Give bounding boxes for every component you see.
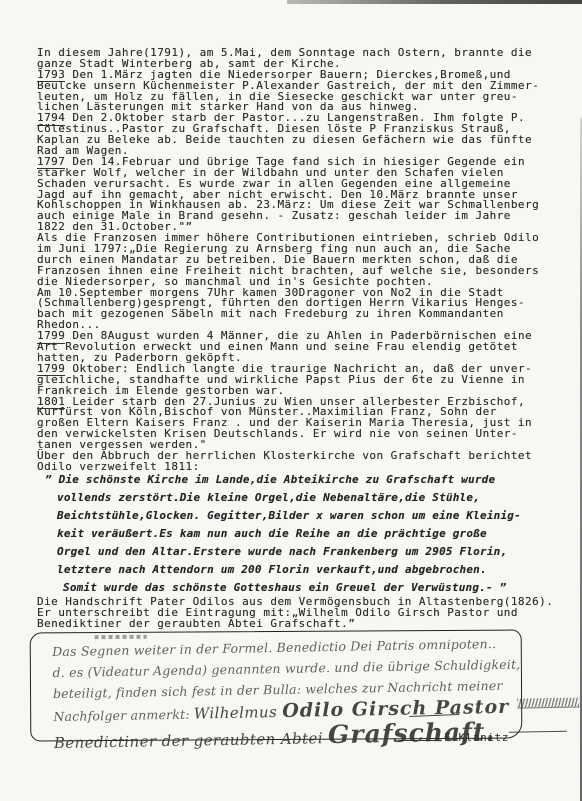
handwriting-text: Wilhelmus <box>194 703 283 723</box>
chronicle-line: bach mit gezogenen Säbeln mit nach Frede… <box>37 309 539 320</box>
quote-line: keit veräußert.Es kam nun auch die Reihe… <box>45 525 521 543</box>
handwriting-caption-block: Die Handschrift Pater Odilos aus dem Ver… <box>37 597 553 630</box>
handwriting-text: Das Segnen weiter in der Formel. Benedic… <box>52 636 496 659</box>
signature-dash <box>509 731 567 733</box>
handwritten-entry: Das Segnen weiter in der Formel. Benedic… <box>52 635 509 757</box>
handwriting-text: d. es (Videatur Agenda) genannten wurde.… <box>52 657 520 681</box>
handwritten-entry-box: Das Segnen weiter in der Formel. Benedic… <box>30 629 523 741</box>
handwriting-text: Nachfolger anmerkt: <box>53 707 194 725</box>
quote-line: Orgel und den Altar.Erstere wurde nach F… <box>45 543 521 561</box>
chronicle-text-block: In diesem Jahre(1791), am 5.Mai, dem Son… <box>37 48 539 473</box>
odilo-quote-block: ” Die schönste Kirche im Lande,die Abtei… <box>45 471 521 597</box>
quote-line: ” Die schönste Kirche im Lande,die Abtei… <box>45 471 521 489</box>
credit-f-klanitz: F.Klanitz <box>444 731 509 744</box>
quote-line: vollends zerstört.Die kleine Orgel,die N… <box>45 489 521 507</box>
scanned-document-page: In diesem Jahre(1791), am 5.Mai, dem Son… <box>0 0 582 801</box>
quote-line: Beichtstühle,Glocken. Gegitter,Bilder x … <box>45 507 521 525</box>
handwriting-text: Benedictiner der geraubten Abtei <box>54 729 329 752</box>
scan-smudge-top-edge <box>287 0 582 4</box>
caption-line: Benediktiner der geraubten Abtei Grafsch… <box>37 619 553 630</box>
smudge-marks <box>95 635 147 639</box>
scribble-strikethrough <box>517 698 579 709</box>
handwriting-line: d. es (Videatur Agenda) genannten wurde.… <box>52 656 507 680</box>
quote-line: letztere nach Attendorn um 200 Florin ve… <box>45 561 521 579</box>
credit-dash-line <box>398 740 442 741</box>
